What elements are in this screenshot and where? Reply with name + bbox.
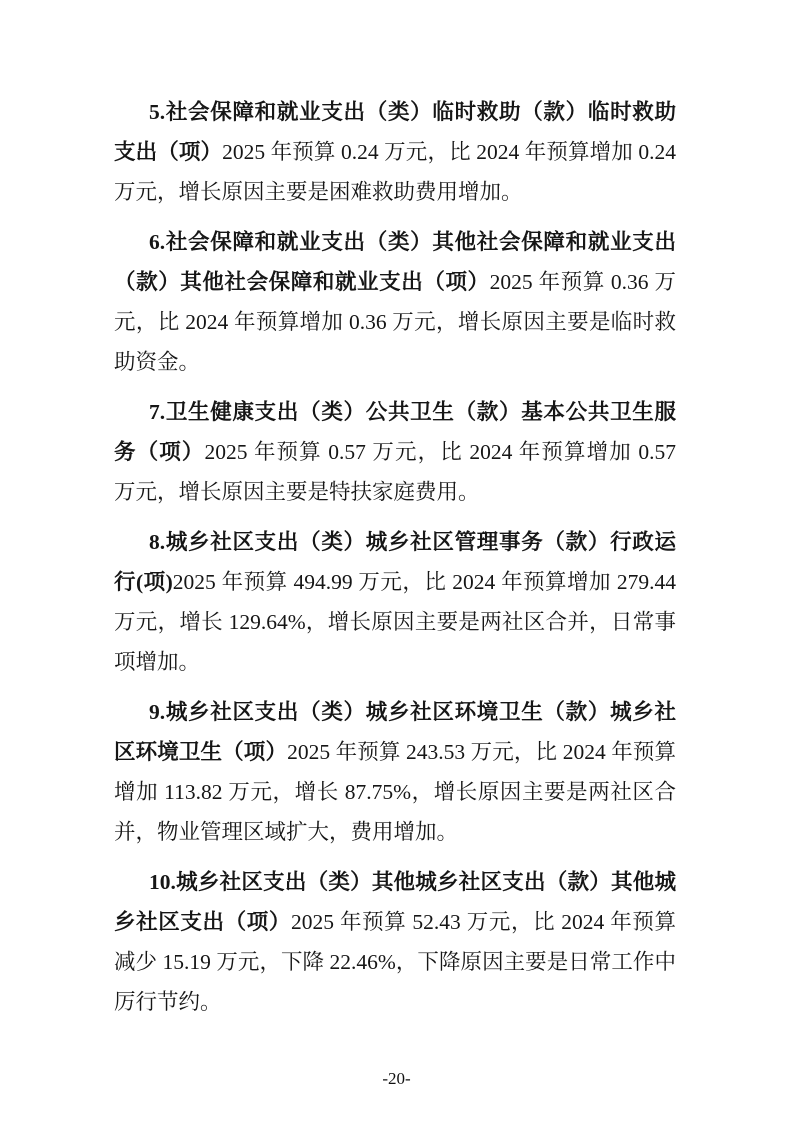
budget-paragraph-9: 9.城乡社区支出（类）城乡社区环境卫生（款）城乡社区环境卫生（项）2025 年预…: [114, 692, 676, 852]
document-body: 5.社会保障和就业支出（类）临时救助（款）临时救助支出（项）2025 年预算 0…: [114, 92, 676, 1022]
page-number: -20-: [0, 1068, 793, 1090]
paragraph-8-body: 2025 年预算 494.99 万元，比 2024 年预算增加 279.44 万…: [114, 570, 676, 674]
budget-paragraph-10: 10.城乡社区支出（类）其他城乡社区支出（款）其他城乡社区支出（项）2025 年…: [114, 862, 676, 1022]
document-page: 5.社会保障和就业支出（类）临时救助（款）临时救助支出（项）2025 年预算 0…: [0, 0, 793, 1122]
budget-paragraph-7: 7.卫生健康支出（类）公共卫生（款）基本公共卫生服务（项）2025 年预算 0.…: [114, 392, 676, 512]
budget-paragraph-5: 5.社会保障和就业支出（类）临时救助（款）临时救助支出（项）2025 年预算 0…: [114, 92, 676, 212]
budget-paragraph-6: 6.社会保障和就业支出（类）其他社会保障和就业支出（款）其他社会保障和就业支出（…: [114, 222, 676, 382]
budget-paragraph-8: 8.城乡社区支出（类）城乡社区管理事务（款）行政运行(项)2025 年预算 49…: [114, 522, 676, 682]
